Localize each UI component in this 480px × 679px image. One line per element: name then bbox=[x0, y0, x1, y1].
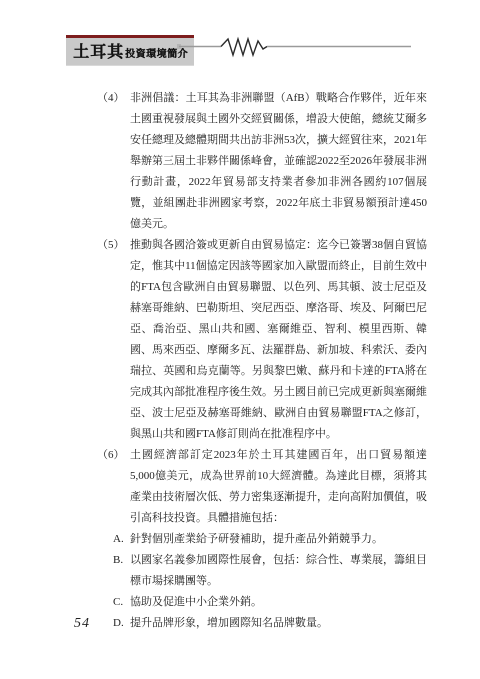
sub-item-label: B. bbox=[113, 550, 130, 592]
sub-item-text: 協助及促進中小企業外銷。 bbox=[130, 592, 427, 613]
sub-item-label: D. bbox=[113, 613, 130, 634]
chapter-title: 土耳其 投資環境簡介 bbox=[66, 35, 194, 65]
sub-item-text: 提升品牌形象，增加國際知名品牌數量。 bbox=[130, 613, 427, 634]
list-item-number: （4） bbox=[97, 88, 130, 235]
list-item-text: 推動與各國洽簽或更新自由貿易協定：迄今已簽署38個自貿協定，惟其中11個協定因該… bbox=[130, 235, 427, 445]
sub-item-text: 針對個別產業給予研發補助，提升產品外銷競爭力。 bbox=[130, 529, 427, 550]
document-body: （4） 非洲倡議：土耳其為非洲聯盟（AfB）戰略合作夥伴，近年來土國重視發展與土… bbox=[97, 88, 427, 634]
sub-item-label: A. bbox=[113, 529, 130, 550]
sub-item-B: B. 以國家名義參加國際性展會，包括：綜合性、專業展，籌組目標市場採購團等。 bbox=[113, 550, 427, 592]
page-number: 54 bbox=[74, 616, 90, 632]
list-item-4: （4） 非洲倡議：土耳其為非洲聯盟（AfB）戰略合作夥伴，近年來土國重視發展與土… bbox=[97, 88, 427, 235]
list-item-6: （6） 土國經濟部訂定2023年於土耳其建國百年，出口貿易額達5,000億美元，… bbox=[97, 445, 427, 529]
list-item-number: （5） bbox=[97, 235, 130, 445]
sub-item-A: A. 針對個別產業給予研發補助，提升產品外銷競爭力。 bbox=[113, 529, 427, 550]
sub-item-label: C. bbox=[113, 592, 130, 613]
zigzag-line-decoration bbox=[177, 36, 413, 60]
sub-item-C: C. 協助及促進中小企業外銷。 bbox=[113, 592, 427, 613]
document-page: 土耳其 投資環境簡介 （4） 非洲倡議：土耳其為非洲聯盟（AfB）戰略合作夥伴，… bbox=[0, 0, 480, 679]
list-item-text: 非洲倡議：土耳其為非洲聯盟（AfB）戰略合作夥伴，近年來土國重視發展與土國外交經… bbox=[130, 88, 427, 235]
list-item-5: （5） 推動與各國洽簽或更新自由貿易協定：迄今已簽署38個自貿協定，惟其中11個… bbox=[97, 235, 427, 445]
list-item-text: 土國經濟部訂定2023年於土耳其建國百年，出口貿易額達5,000億美元，成為世界… bbox=[130, 445, 427, 529]
list-item-number: （6） bbox=[97, 445, 130, 529]
sub-item-D: D. 提升品牌形象，增加國際知名品牌數量。 bbox=[113, 613, 427, 634]
chapter-title-main: 土耳其 bbox=[73, 39, 124, 62]
sub-item-text: 以國家名義參加國際性展會，包括：綜合性、專業展，籌組目標市場採購團等。 bbox=[130, 550, 427, 592]
